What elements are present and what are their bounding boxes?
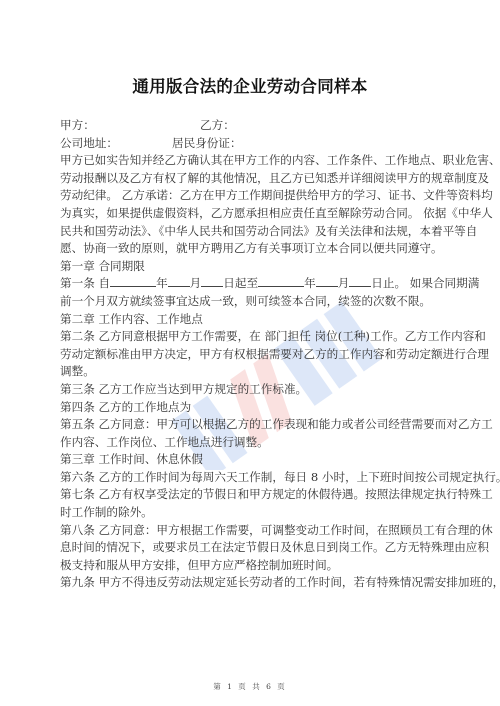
party-b-label: 乙方： bbox=[200, 117, 235, 135]
paragraph-line: 第六条 乙方的工作时间为每周六天工作制，每日 8 小时，上下班时间按公司规定执行… bbox=[60, 469, 445, 487]
year-label: 年 bbox=[304, 276, 316, 290]
paragraph-line: 第四条 乙方的工作地点为 bbox=[60, 399, 445, 417]
month-label: 月 bbox=[338, 276, 350, 290]
blank-field bbox=[168, 275, 190, 287]
document-body: 甲方： 乙方： 公司地址： 居民身份证： 甲方已如实告知并经乙方确认其在甲方工作… bbox=[60, 117, 445, 592]
paragraph-line: 第三条 乙方工作应当达到甲方规定的工作标准。 bbox=[60, 381, 445, 399]
blank-field bbox=[349, 275, 371, 287]
paragraph-line: 劳动纪律。 乙方承诺：乙方在甲方工作期间提供给甲方的学习、证书、文件等资料均 bbox=[60, 187, 445, 205]
paragraph-line: 时工作制的除外。 bbox=[60, 504, 445, 522]
paragraph-line: 第八条 乙方同意：甲方根据工作需要，可调整变动工作时间，在照顾员工有合理的休 bbox=[60, 522, 445, 540]
chapter-heading: 第三章 工作时间、休息休假 bbox=[60, 451, 445, 469]
paragraph-line: 作内容、工作岗位、工作地点进行调整。 bbox=[60, 434, 445, 452]
company-address-label: 公司地址： bbox=[60, 135, 172, 153]
blank-field bbox=[110, 275, 156, 287]
page-footer: 第 1 页 共 6 页 bbox=[0, 681, 500, 692]
paragraph-line: 息时间的情况下，或要求员工在法定节假日及休息日到岗工作。乙方无特殊理由应积 bbox=[60, 539, 445, 557]
party-a-label: 甲方： bbox=[60, 117, 200, 135]
document-page: 通用版合法的企业劳动合同样本 甲方： 乙方： 公司地址： 居民身份证： 甲方已如… bbox=[0, 0, 500, 706]
article-1-line: 第一条 自年月日起至年月日止。 如果合同期满 bbox=[60, 275, 445, 293]
resident-id-label: 居民身份证： bbox=[172, 135, 242, 153]
address-row: 公司地址： 居民身份证： bbox=[60, 135, 445, 153]
paragraph-line: 调整。 bbox=[60, 363, 445, 381]
chapter-heading: 第二章 工作内容、工作地点 bbox=[60, 311, 445, 329]
paragraph-line: 前一个月双方就续签事宜达成一致，则可续签本合同，续签的次数不限。 bbox=[60, 293, 445, 311]
paragraph-line: 极支持和服从甲方安排，但甲方应严格控制加班时间。 bbox=[60, 557, 445, 575]
party-row: 甲方： 乙方： bbox=[60, 117, 445, 135]
year-label: 年 bbox=[156, 276, 168, 290]
blank-field bbox=[201, 275, 223, 287]
paragraph-line: 民共和国劳动法》、《中华人民共和国劳动合同法》及有关法律和法规，本着平等自 bbox=[60, 223, 445, 241]
article-1-prefix: 第一条 自 bbox=[60, 276, 110, 290]
paragraph-line: 劳动定额标准由甲方决定，甲方有权根据需要对乙方的工作内容和劳动定额进行合理 bbox=[60, 346, 445, 364]
month-label: 月 bbox=[190, 276, 202, 290]
paragraph-line: 第九条 甲方不得违反劳动法规定延长劳动者的工作时间，若有特殊情况需安排加班的， bbox=[60, 574, 445, 592]
day-to-label: 日止。 如果合同期满 bbox=[371, 276, 479, 290]
paragraph-line: 为真实，如果提供虚假资料，乙方愿承担相应责任直至解除劳动合同。 依据《中华人 bbox=[60, 205, 445, 223]
paragraph-line: 劳动报酬以及乙方有权了解的其他情况，且乙方已知悉并详细阅读甲方的规章制度及 bbox=[60, 170, 445, 188]
paragraph-line: 第七条 乙方有权享受法定的节假日和甲方规定的休假待遇。按照法律规定执行特殊工 bbox=[60, 486, 445, 504]
paragraph-line: 第五条 乙方同意：甲方可以根据乙方的工作表现和能力或者公司经营需要而对乙方工 bbox=[60, 416, 445, 434]
paragraph-line: 愿、协商一致的原则，就甲方聘用乙方有关事项订立本合同以便共同遵守。 bbox=[60, 240, 445, 258]
paragraph-line: 第二条 乙方同意根据甲方工作需要，在 部门担任 岗位(工种)工作。乙方工作内容和 bbox=[60, 328, 445, 346]
chapter-heading: 第一章 合同期限 bbox=[60, 258, 445, 276]
paragraph-line: 甲方已如实告知并经乙方确认其在甲方工作的内容、工作条件、工作地点、职业危害、 bbox=[60, 152, 445, 170]
blank-field bbox=[258, 275, 304, 287]
blank-field bbox=[316, 275, 338, 287]
document-title: 通用版合法的企业劳动合同样本 bbox=[0, 73, 500, 97]
day-from-label: 日起至 bbox=[223, 276, 258, 290]
